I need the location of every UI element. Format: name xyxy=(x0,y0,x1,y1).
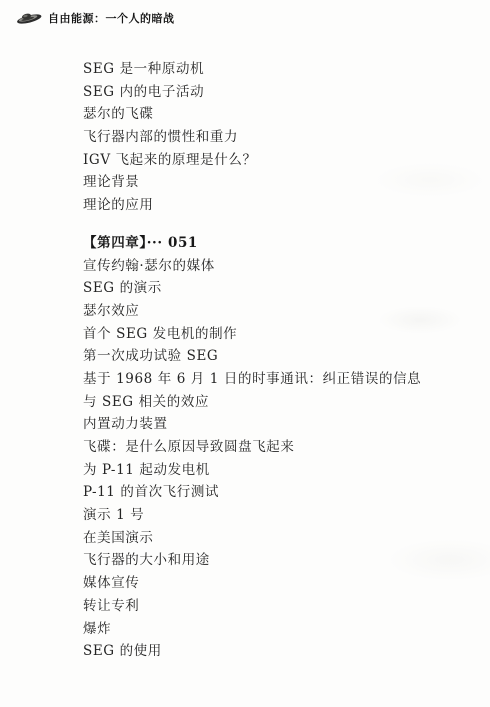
toc-entry: 首个 SEG 发电机的制作 xyxy=(83,323,463,346)
toc-entry: 与 SEG 相关的效应 xyxy=(83,391,463,414)
toc-entry: 爆炸 xyxy=(83,618,463,641)
toc-entry: 演示 1 号 xyxy=(83,504,463,527)
ufo-icon xyxy=(15,10,43,26)
toc-entry: 理论背景 xyxy=(83,171,463,194)
toc-entry: SEG 的演示 xyxy=(83,277,463,300)
toc-entry: 第一次成功试验 SEG xyxy=(83,345,463,368)
toc-entry: 瑟尔的飞碟 xyxy=(83,103,463,126)
book-title: 自由能源：一个人的暗战 xyxy=(48,10,175,26)
toc-entry: SEG 的使用 xyxy=(83,640,463,663)
table-of-contents: SEG 是一种原动机 SEG 内的电子活动 瑟尔的飞碟 飞行器内部的惯性和重力 … xyxy=(83,58,463,663)
toc-entry: 飞行器的大小和用途 xyxy=(83,549,463,572)
section-gap xyxy=(83,217,463,232)
toc-entry: 为 P-11 起动发电机 xyxy=(83,459,463,482)
book-page: 自由能源：一个人的暗战 SEG 是一种原动机 SEG 内的电子活动 瑟尔的飞碟 … xyxy=(0,0,490,707)
toc-entry: 媒体宣传 xyxy=(83,572,463,595)
toc-entry: P-11 的首次飞行测试 xyxy=(83,481,463,504)
toc-entry: 转让专利 xyxy=(83,595,463,618)
toc-entry: 飞碟：是什么原因导致圆盘飞起来 xyxy=(83,436,463,459)
toc-entry: 基于 1968 年 6 月 1 日的时事通讯：纠正错误的信息 xyxy=(83,368,463,391)
toc-entry: 飞行器内部的惯性和重力 xyxy=(83,126,463,149)
toc-entry: 宣传约翰·瑟尔的媒体 xyxy=(83,255,463,278)
toc-entry: 在美国演示 xyxy=(83,527,463,550)
toc-entry: SEG 内的电子活动 xyxy=(83,81,463,104)
toc-entry: IGV 飞起来的原理是什么？ xyxy=(83,149,463,172)
chapter-four-heading: 【第四章】··· 051 xyxy=(83,232,463,255)
toc-entry: 内置动力装置 xyxy=(83,413,463,436)
toc-entry: 瑟尔效应 xyxy=(83,300,463,323)
page-header: 自由能源：一个人的暗战 xyxy=(15,10,175,26)
toc-entry: SEG 是一种原动机 xyxy=(83,58,463,81)
toc-entry: 理论的应用 xyxy=(83,194,463,217)
